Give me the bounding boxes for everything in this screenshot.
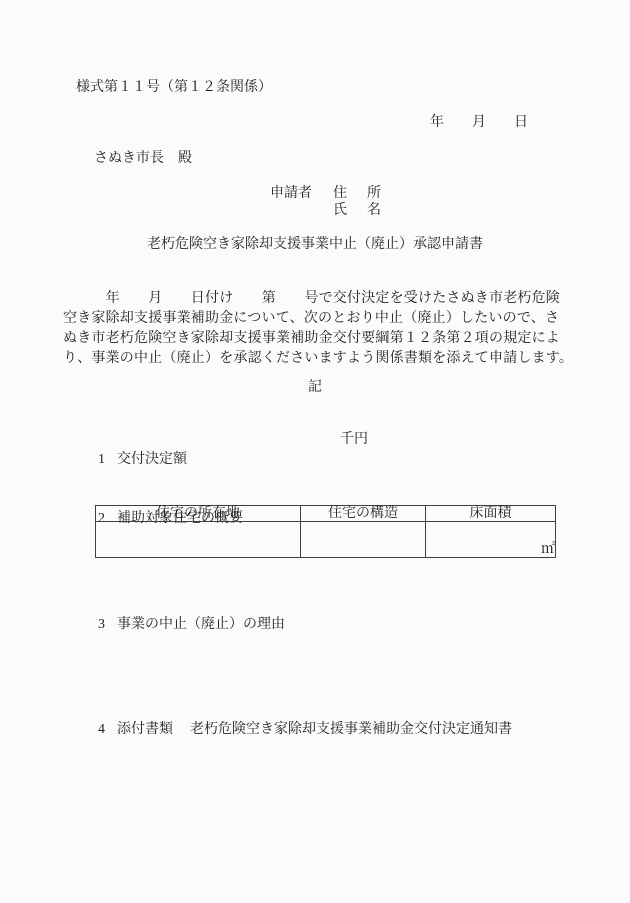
floor-area-unit: ㎡ bbox=[541, 542, 555, 557]
item-4-attachments: 4添付書類老朽危険空き家除却支援事業補助金交付決定通知書 bbox=[84, 702, 512, 754]
item-1-number: 1 bbox=[98, 452, 117, 468]
item-3-number: 3 bbox=[98, 617, 117, 633]
housing-overview-table: 住宅の所在地 住宅の構造 床面積 ㎡ bbox=[95, 505, 556, 558]
col-header-floor-area: 床面積 bbox=[426, 506, 556, 522]
item-4-value: 老朽危険空き家除却支援事業補助金交付決定通知書 bbox=[190, 722, 512, 737]
body-line: り、事業の中止（廃止）を承認くださいますよう関係書類を添えて申請します。 bbox=[63, 349, 583, 369]
body-line: ぬき市老朽危険空き家除却支援事業補助金交付要綱第１２条第２項の規定によ bbox=[63, 329, 583, 349]
applicant-label: 申請者 bbox=[270, 186, 312, 202]
col-header-location: 住宅の所在地 bbox=[96, 506, 301, 522]
applicant-name-label: 氏 名 bbox=[333, 203, 384, 219]
body-paragraph: 年 月 日付け 第 号で交付決定を受けたさぬき市老朽危険 空き家除却支援事業補助… bbox=[63, 289, 583, 369]
cell-floor-area: ㎡ bbox=[426, 522, 556, 558]
item-1-label: 交付決定額 bbox=[117, 452, 187, 467]
item-4-label: 添付書類 bbox=[117, 722, 173, 737]
col-header-structure: 住宅の構造 bbox=[301, 506, 426, 522]
item-4-number: 4 bbox=[98, 722, 117, 738]
cell-location bbox=[96, 522, 301, 558]
form-number: 様式第１１号（第１２条関係） bbox=[76, 80, 272, 96]
item-3-reason: 3事業の中止（廃止）の理由 bbox=[84, 597, 285, 649]
housing-table-header-row: 住宅の所在地 住宅の構造 床面積 bbox=[96, 506, 556, 522]
housing-table-data-row: ㎡ bbox=[96, 522, 556, 558]
form-page: 様式第１１号（第１２条関係） 年 月 日 さぬき市長 殿 申請者 住 所 氏 名… bbox=[0, 0, 630, 903]
notation-marker: 記 bbox=[0, 380, 630, 396]
body-line: 年 月 日付け 第 号で交付決定を受けたさぬき市老朽危険 bbox=[63, 289, 583, 309]
item-3-label: 事業の中止（廃止）の理由 bbox=[117, 617, 285, 632]
item-1-grant-amount: 1交付決定額 bbox=[84, 432, 187, 484]
body-line: 空き家除却支援事業補助金について、次のとおり中止（廃止）したいので、さ bbox=[63, 309, 583, 329]
cell-structure bbox=[301, 522, 426, 558]
grant-amount-unit-label: 千円 bbox=[340, 432, 368, 448]
document-title: 老朽危険空き家除却支援事業中止（廃止）承認申請書 bbox=[0, 237, 630, 253]
applicant-address-label: 住 所 bbox=[333, 186, 384, 202]
addressee-line: さぬき市長 殿 bbox=[94, 151, 192, 167]
date-placeholder-line: 年 月 日 bbox=[430, 115, 528, 131]
